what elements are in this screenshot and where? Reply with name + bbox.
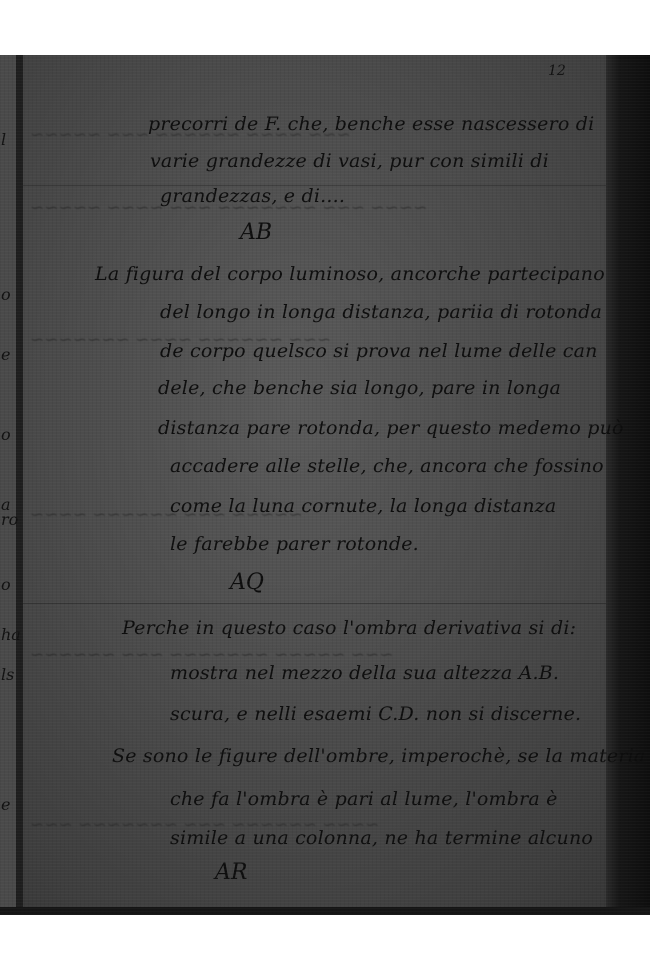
text-line: dele, che benche sia longo, pare in long… <box>158 377 561 399</box>
text-line: precorri de F. che, benche esse nascesse… <box>148 113 594 135</box>
manuscript-scan: ~~~ ~~~~ ~~~~~~ ~~~ ~~~~~ ~~~~ ~~~ ~~~~~… <box>0 55 650 915</box>
margin-fragment: o <box>1 285 11 304</box>
margin-fragment: ro <box>1 510 18 529</box>
text-line: le farebbe parer rotonde. <box>170 533 419 555</box>
margin-fragment: o <box>1 425 11 444</box>
margin-fragment: l <box>1 130 6 149</box>
text-line: grandezzas, e di.... <box>160 185 345 207</box>
section-marker: AQ <box>230 570 264 595</box>
page-right-edge <box>606 55 650 915</box>
ruled-line <box>23 603 606 604</box>
text-line: accadere alle stelle, che, ancora che fo… <box>170 455 604 477</box>
margin-fragment: e <box>1 795 10 814</box>
text-line: La figura del corpo luminoso, ancorche p… <box>95 263 605 285</box>
margin-fragment: ha <box>1 625 21 644</box>
section-marker: AB <box>240 220 272 245</box>
text-line: varie grandezze di vasi, pur con simili … <box>150 150 549 172</box>
margin-fragment: o <box>1 575 11 594</box>
folio-number: 12 <box>548 63 566 79</box>
section-marker: AR <box>215 860 247 885</box>
text-line: scura, e nelli esaemi C.D. non si discer… <box>170 703 581 725</box>
text-line: Perche in questo caso l'ombra derivativa… <box>122 617 576 639</box>
text-line: del longo in longa distanza, pariia di r… <box>160 301 602 323</box>
text-line: mostra nel mezzo della sua altezza A.B. <box>170 662 559 684</box>
text-line: che fa l'ombra è pari al lume, l'ombra è <box>170 788 558 810</box>
margin-fragment: e <box>1 345 10 364</box>
text-line: distanza pare rotonda, per questo medemo… <box>158 417 624 439</box>
binding-gutter <box>16 55 23 915</box>
adjacent-page-edge <box>0 55 16 915</box>
margin-fragment: ls <box>1 665 14 684</box>
text-line: Se sono le figure dell'ombre, imperochè,… <box>112 745 645 767</box>
text-line: simile a una colonna, ne ha termine alcu… <box>170 827 593 849</box>
page-bottom-edge <box>0 907 650 915</box>
text-line: de corpo quelsco si prova nel lume delle… <box>160 340 598 362</box>
text-line: come la luna cornute, la longa distanza <box>170 495 556 517</box>
